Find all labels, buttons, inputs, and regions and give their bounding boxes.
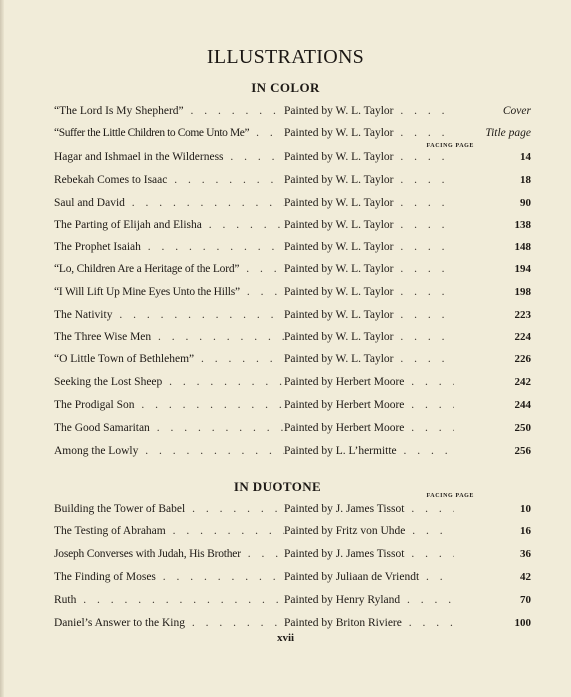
illustration-page: 224	[454, 331, 531, 343]
section-heading-in-duotone: IN DUOTONE	[0, 479, 563, 495]
illustration-artist: Painted by W. L. Taylor	[284, 309, 459, 321]
illustration-page: 148	[454, 241, 531, 253]
illustration-page: 244	[454, 399, 531, 411]
illustration-page: 10	[454, 503, 531, 515]
illustration-page: 250	[454, 422, 531, 434]
section-heading-in-color: IN COLOR	[0, 80, 571, 96]
illustration-page: 223	[454, 309, 531, 321]
illustration-page: Title page	[454, 127, 531, 139]
illustration-artist: Painted by W. L. Taylor	[284, 241, 459, 253]
illustration-artist: Painted by J. James Tissot	[284, 548, 459, 560]
list-item: The Prodigal Son Painted by Herbert Moor…	[54, 399, 474, 417]
list-item: Seeking the Lost Sheep Painted by Herber…	[54, 376, 474, 394]
illustration-title: Saul and David	[54, 197, 284, 209]
illustration-artist: Painted by Fritz von Uhde	[284, 525, 459, 537]
list-item: “The Lord Is My Shepherd” Painted by W. …	[54, 105, 474, 123]
illustration-page: 256	[454, 445, 531, 457]
illustration-page: 16	[454, 525, 531, 537]
illustration-page: 42	[454, 571, 531, 583]
list-item: Joseph Converses with Judah, His Brother…	[54, 548, 474, 566]
illustration-page: 198	[454, 286, 531, 298]
page-folio-number: xvii	[0, 632, 571, 644]
illustration-page: 90	[454, 197, 531, 209]
list-item: The Prophet Isaiah Painted by W. L. Tayl…	[54, 241, 474, 259]
illustration-artist: Painted by Herbert Moore	[284, 376, 459, 388]
illustration-artist: Painted by W. L. Taylor	[284, 286, 459, 298]
illustration-artist: Painted by Herbert Moore	[284, 399, 459, 411]
illustration-artist: Painted by Briton Riviere	[284, 617, 459, 629]
list-item: The Nativity Painted by W. L. Taylor 223	[54, 309, 474, 327]
illustration-page: 18	[454, 174, 531, 186]
illustration-artist: Painted by W. L. Taylor	[284, 197, 459, 209]
illustration-page: Cover	[454, 105, 531, 117]
list-item: “I Will Lift Up Mine Eyes Unto the Hills…	[54, 286, 474, 304]
illustration-title: Daniel’s Answer to the King	[54, 617, 284, 629]
illustration-title: The Testing of Abraham	[54, 525, 284, 537]
list-item: “O Little Town of Bethlehem” Painted by …	[54, 353, 474, 371]
illustration-artist: Painted by L. L’hermitte	[284, 445, 459, 457]
illustration-artist: Painted by Juliaan de Vriendt	[284, 571, 459, 583]
illustration-artist: Painted by J. James Tissot	[284, 503, 459, 515]
illustration-artist: Painted by W. L. Taylor	[284, 331, 459, 343]
illustration-title: Rebekah Comes to Isaac	[54, 174, 284, 186]
illustration-title: Building the Tower of Babel	[54, 503, 284, 515]
illustration-title: “I Will Lift Up Mine Eyes Unto the Hills…	[54, 286, 284, 298]
illustration-artist: Painted by W. L. Taylor	[284, 353, 459, 365]
list-item: The Good Samaritan Painted by Herbert Mo…	[54, 422, 474, 440]
illustration-title: Joseph Converses with Judah, His Brother	[54, 548, 284, 560]
illustration-title: Among the Lowly	[54, 445, 284, 457]
list-item: “Lo, Children Are a Heritage of the Lord…	[54, 263, 474, 281]
list-item: The Finding of Moses Painted by Juliaan …	[54, 571, 474, 589]
illustration-title: The Good Samaritan	[54, 422, 284, 434]
illustration-artist: Painted by W. L. Taylor	[284, 219, 459, 231]
illustration-artist: Painted by W. L. Taylor	[284, 263, 459, 275]
list-item: The Testing of Abraham Painted by Fritz …	[54, 525, 474, 543]
illustration-title: Ruth	[54, 594, 284, 606]
list-item: Building the Tower of Babel Painted by J…	[54, 503, 474, 521]
illustration-title: “Lo, Children Are a Heritage of the Lord…	[54, 263, 284, 275]
illustration-page: 226	[454, 353, 531, 365]
illustration-artist: Painted by W. L. Taylor	[284, 105, 459, 117]
list-item: Ruth Painted by Henry Ryland 70	[54, 594, 474, 612]
illustration-page: 14	[454, 151, 531, 163]
list-item: The Parting of Elijah and Elisha Painted…	[54, 219, 474, 237]
illustration-page: 36	[454, 548, 531, 560]
illustration-artist: Painted by Herbert Moore	[284, 422, 459, 434]
illustration-artist: Painted by W. L. Taylor	[284, 174, 459, 186]
illustration-page: 70	[454, 594, 531, 606]
illustration-page: 194	[454, 263, 531, 275]
illustration-title: The Parting of Elijah and Elisha	[54, 219, 284, 231]
list-item: Saul and David Painted by W. L. Taylor 9…	[54, 197, 474, 215]
illustration-title: The Nativity	[54, 309, 284, 321]
illustration-artist: Painted by W. L. Taylor	[284, 127, 459, 139]
list-item: Among the Lowly Painted by L. L’hermitte…	[54, 445, 474, 463]
page-title: ILLUSTRATIONS	[0, 46, 571, 69]
illustration-title: “O Little Town of Bethlehem”	[54, 353, 284, 365]
illustration-title: “The Lord Is My Shepherd”	[54, 105, 284, 117]
list-item: Hagar and Ishmael in the Wilderness Pain…	[54, 151, 474, 169]
list-item: Rebekah Comes to Isaac Painted by W. L. …	[54, 174, 474, 192]
illustration-title: The Finding of Moses	[54, 571, 284, 583]
illustration-artist: Painted by Henry Ryland	[284, 594, 459, 606]
page-edge-shadow	[0, 0, 4, 697]
illustration-title: The Prodigal Son	[54, 399, 284, 411]
facing-page-label: FACING PAGE	[394, 143, 474, 149]
illustration-title: Hagar and Ishmael in the Wilderness	[54, 151, 284, 163]
list-item: The Three Wise Men Painted by W. L. Tayl…	[54, 331, 474, 349]
illustration-artist: Painted by W. L. Taylor	[284, 151, 459, 163]
illustration-title: The Three Wise Men	[54, 331, 284, 343]
illustration-page: 100	[454, 617, 531, 629]
illustration-title: The Prophet Isaiah	[54, 241, 284, 253]
facing-page-label: FACING PAGE	[394, 493, 474, 499]
illustration-title: “Suffer the Little Children to Come Unto…	[54, 127, 284, 139]
illustration-title: Seeking the Lost Sheep	[54, 376, 284, 388]
illustration-page: 138	[454, 219, 531, 231]
illustration-page: 242	[454, 376, 531, 388]
